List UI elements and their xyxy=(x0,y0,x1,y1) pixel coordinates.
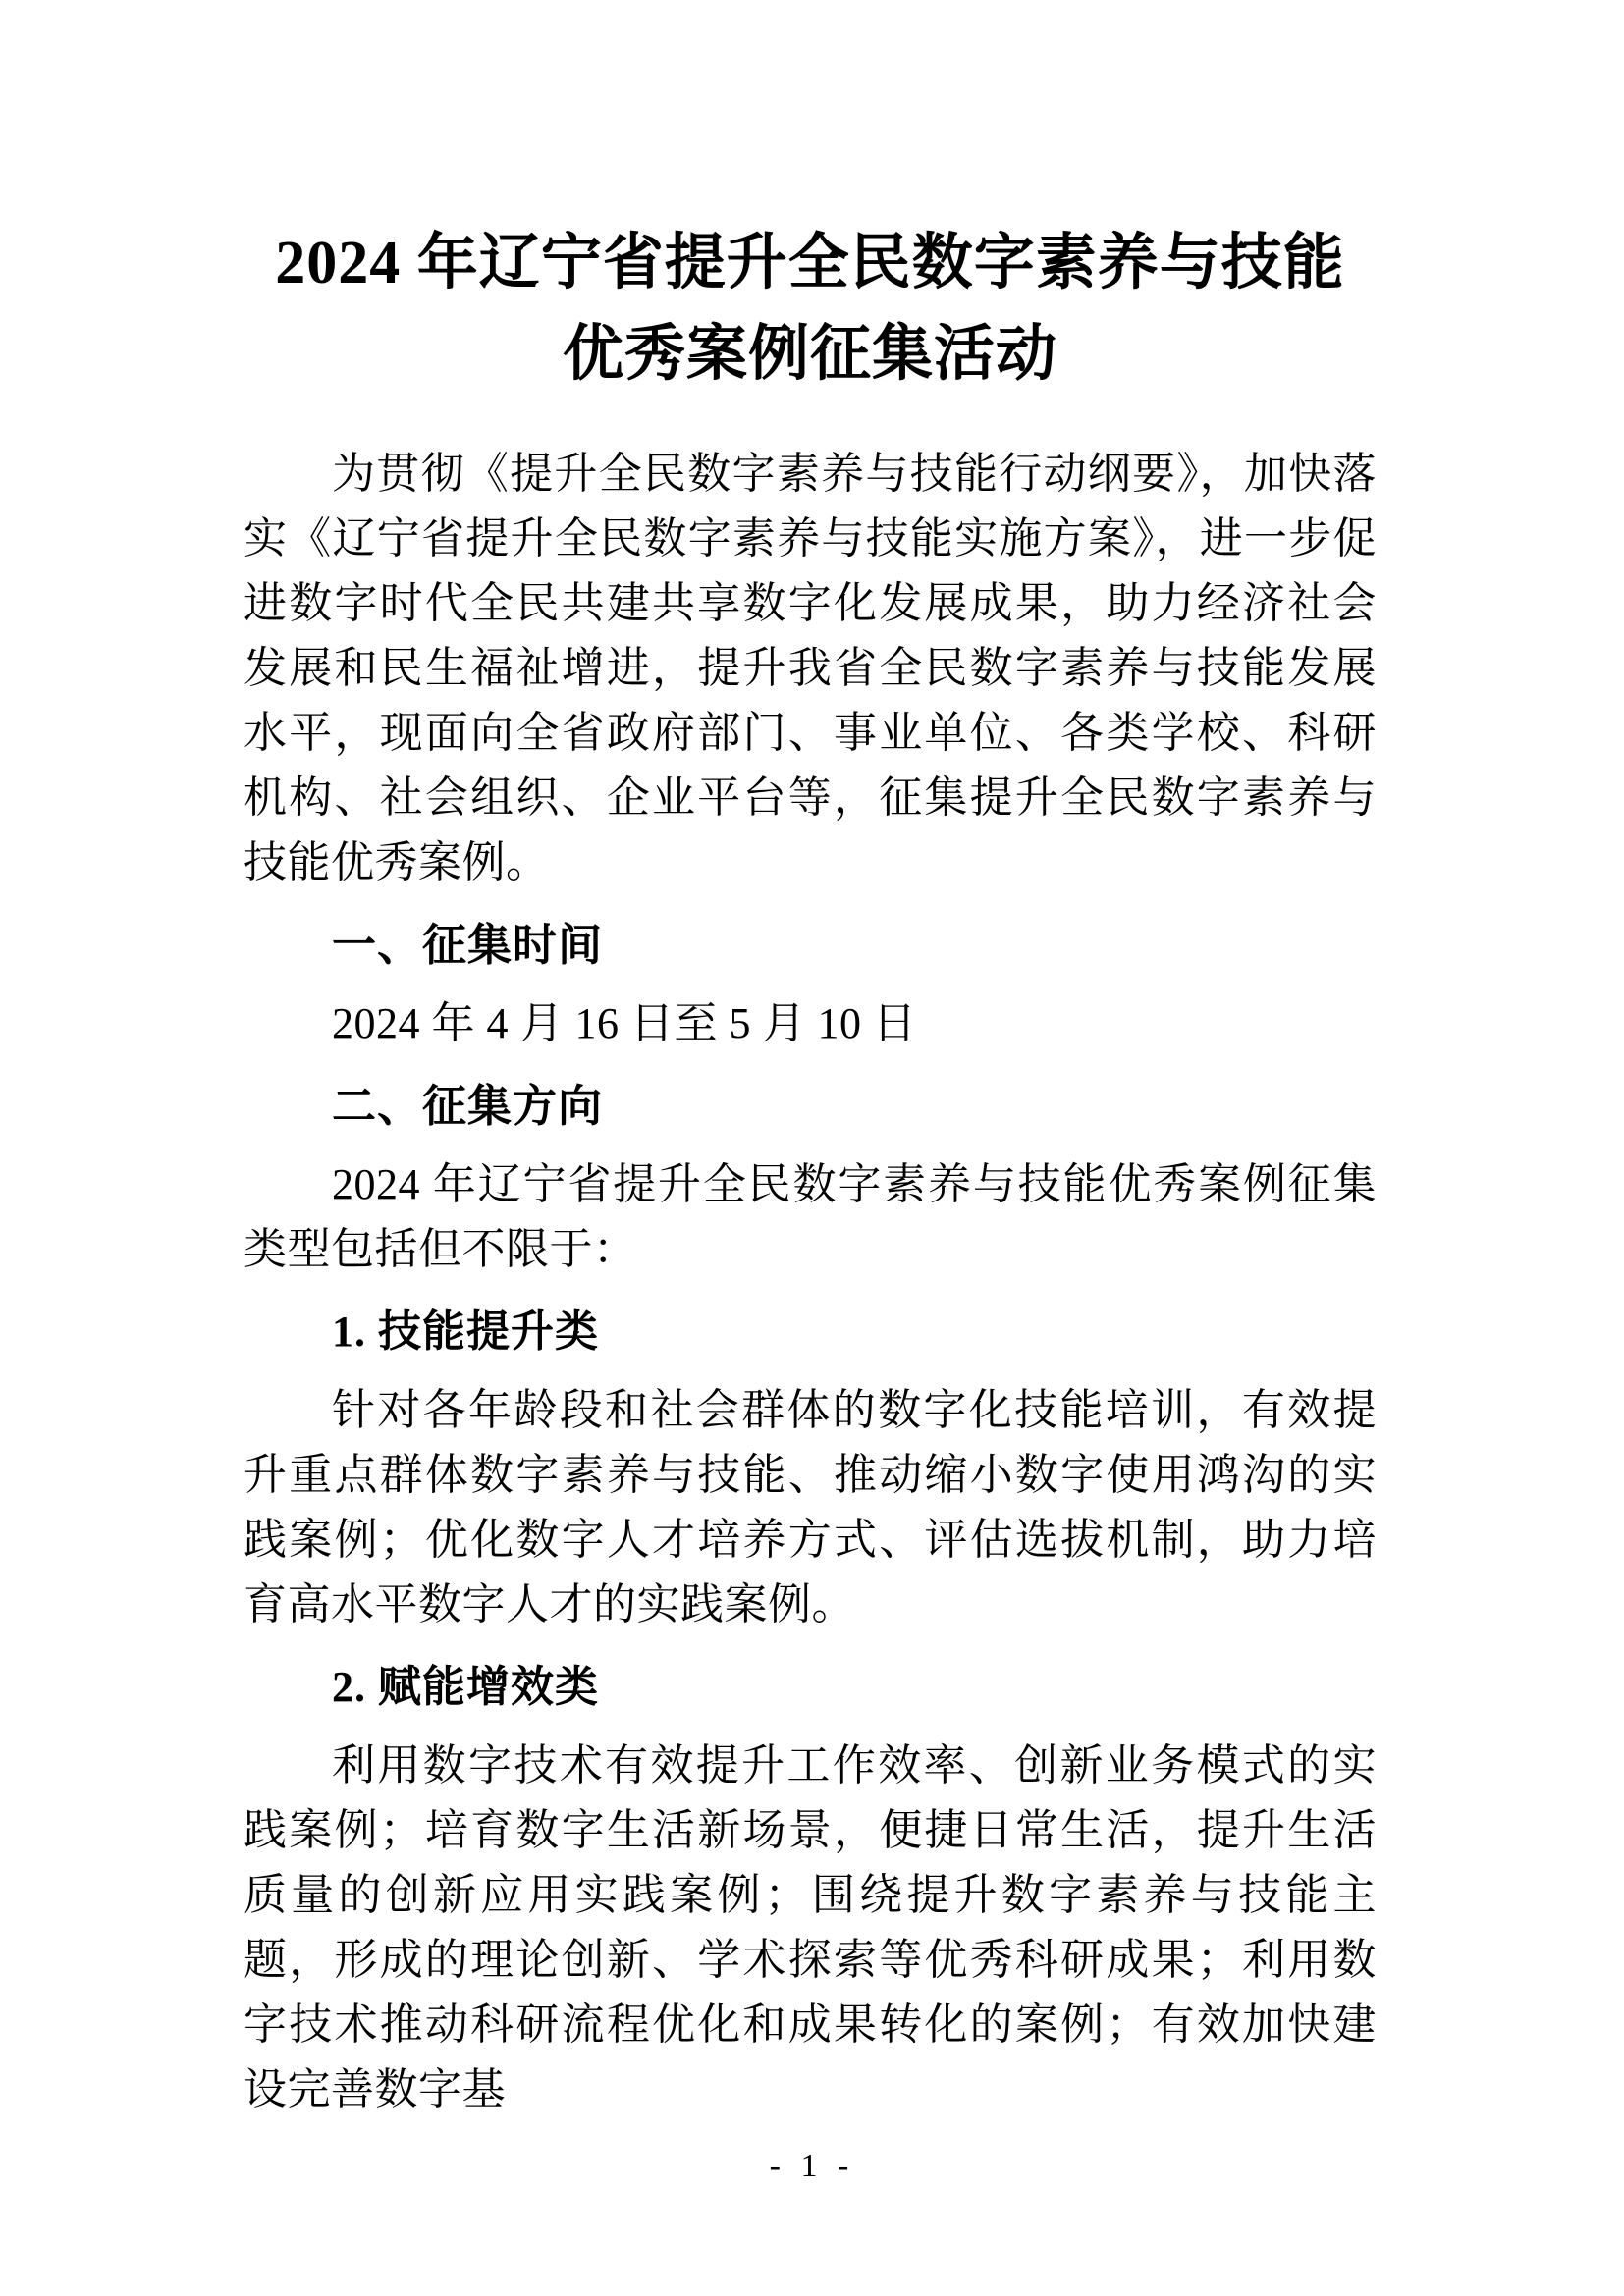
section-1-date-text: 2024 年 4 月 16 日至 5 月 10 日 xyxy=(244,991,1377,1056)
subsection-1-paragraph: 针对各年龄段和社会群体的数字化技能培训，有效提升重点群体数字素养与技能、推动缩小… xyxy=(244,1378,1377,1637)
document-page: 2024 年辽宁省提升全民数字素养与技能 优秀案例征集活动 为贯彻《提升全民数字… xyxy=(0,0,1624,2296)
document-title: 2024 年辽宁省提升全民数字素养与技能 优秀案例征集活动 xyxy=(244,218,1377,400)
subsection-1-heading: 1. 技能提升类 xyxy=(244,1300,1377,1364)
document-content: 2024 年辽宁省提升全民数字素养与技能 优秀案例征集活动 为贯彻《提升全民数字… xyxy=(244,218,1377,2122)
intro-paragraph: 为贯彻《提升全民数字素养与技能行动纲要》，加快落实《辽宁省提升全民数字素养与技能… xyxy=(244,442,1377,895)
document-title-line-2: 优秀案例征集活动 xyxy=(244,309,1377,400)
section-2-heading: 二、征集方向 xyxy=(244,1074,1377,1139)
subsection-2-paragraph: 利用数字技术有效提升工作效率、创新业务模式的实践案例；培育数字生活新场景，便捷日… xyxy=(244,1734,1377,2122)
section-1-heading: 一、征集时间 xyxy=(244,913,1377,978)
subsection-2-heading: 2. 赋能增效类 xyxy=(244,1655,1377,1720)
section-2-lead-paragraph: 2024 年辽宁省提升全民数字素养与技能优秀案例征集类型包括但不限于： xyxy=(244,1152,1377,1282)
document-title-line-1: 2024 年辽宁省提升全民数字素养与技能 xyxy=(244,218,1377,309)
page-number: - 1 - xyxy=(0,2147,1624,2186)
